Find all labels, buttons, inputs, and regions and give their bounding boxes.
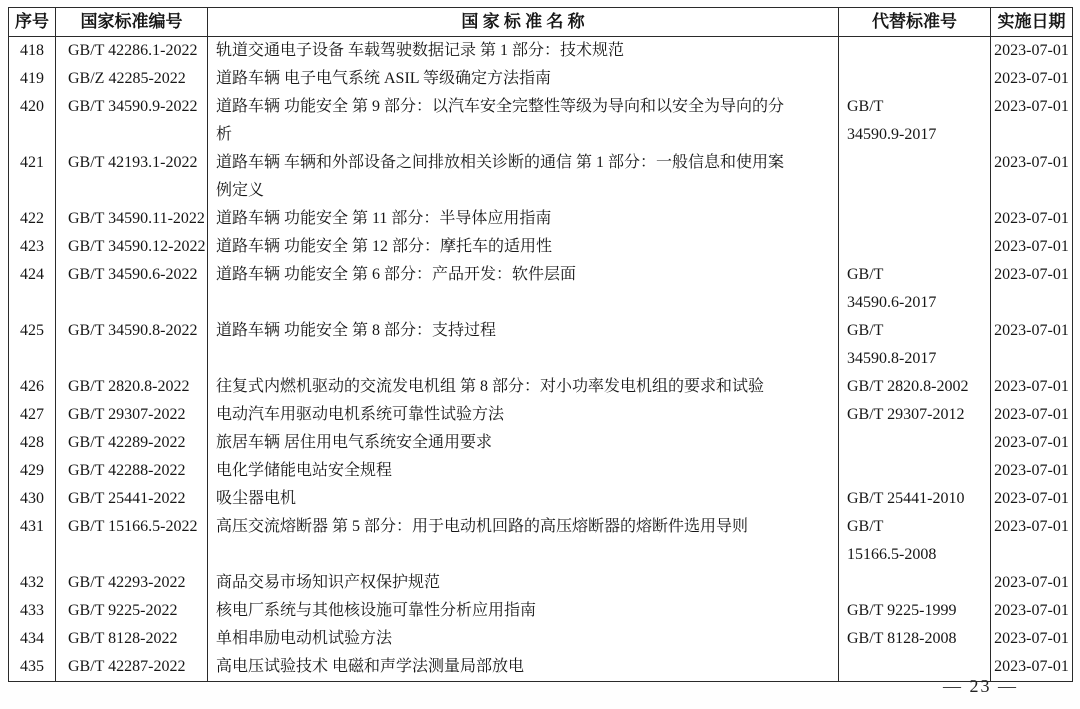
cell-replaced-standard: GB/T 9225-1999	[839, 597, 991, 625]
cell-standard-code: GB/T 34590.6-2022	[56, 261, 208, 317]
cell-implementation-date: 2023-07-01	[991, 37, 1073, 66]
cell-standard-code: GB/T 2820.8-2022	[56, 373, 208, 401]
cell-implementation-date: 2023-07-01	[991, 65, 1073, 93]
cell-serial-number: 418	[9, 37, 56, 66]
cell-standard-code: GB/T 42293-2022	[56, 569, 208, 597]
table-row: 423 GB/T 34590.12-2022 道路车辆 功能安全 第 12 部分…	[9, 233, 1073, 261]
cell-standard-code: GB/T 29307-2022	[56, 401, 208, 429]
cell-replaced-standard	[839, 429, 991, 457]
cell-implementation-date: 2023-07-01	[991, 401, 1073, 429]
cell-standard-name: 旅居车辆 居住用电气系统安全通用要求	[208, 429, 839, 457]
cell-replaced-standard: GB/T 29307-2012	[839, 401, 991, 429]
cell-standard-name: 道路车辆 功能安全 第 6 部分：产品开发：软件层面	[208, 261, 839, 317]
table-row: 418 GB/T 42286.1-2022 轨道交通电子设备 车载驾驶数据记录 …	[9, 37, 1073, 66]
cell-replaced-standard: GB/T 34590.6-2017	[839, 261, 991, 317]
cell-standard-name: 商品交易市场知识产权保护规范	[208, 569, 839, 597]
cell-standard-code: GB/T 34590.8-2022	[56, 317, 208, 373]
cell-serial-number: 427	[9, 401, 56, 429]
table-row: 424 GB/T 34590.6-2022 道路车辆 功能安全 第 6 部分：产…	[9, 261, 1073, 317]
cell-replaced-standard: GB/T 15166.5-2008	[839, 513, 991, 569]
cell-implementation-date: 2023-07-01	[991, 317, 1073, 373]
page-number: — 23 —	[943, 676, 1018, 697]
cell-standard-code: GB/T 34590.9-2022	[56, 93, 208, 149]
table-row: 431 GB/T 15166.5-2022 高压交流熔断器 第 5 部分：用于电…	[9, 513, 1073, 569]
cell-serial-number: 435	[9, 653, 56, 682]
cell-standard-code: GB/T 25441-2022	[56, 485, 208, 513]
cell-implementation-date: 2023-07-01	[991, 261, 1073, 317]
document-page: 序号 国家标准编号 国 家 标 准 名 称 代替标准号 实施日期 418 GB/…	[0, 0, 1080, 709]
cell-standard-code: GB/T 9225-2022	[56, 597, 208, 625]
cell-replaced-standard	[839, 205, 991, 233]
cell-replaced-standard: GB/T 8128-2008	[839, 625, 991, 653]
cell-serial-number: 432	[9, 569, 56, 597]
cell-implementation-date: 2023-07-01	[991, 597, 1073, 625]
cell-replaced-standard	[839, 37, 991, 66]
column-header-code: 国家标准编号	[56, 8, 208, 37]
cell-replaced-standard: GB/T 2820.8-2002	[839, 373, 991, 401]
cell-implementation-date: 2023-07-01	[991, 485, 1073, 513]
cell-implementation-date: 2023-07-01	[991, 625, 1073, 653]
table-row: 433 GB/T 9225-2022 核电厂系统与其他核设施可靠性分析应用指南 …	[9, 597, 1073, 625]
cell-standard-name: 电动汽车用驱动电机系统可靠性试验方法	[208, 401, 839, 429]
table-row: 419 GB/Z 42285-2022 道路车辆 电子电气系统 ASIL 等级确…	[9, 65, 1073, 93]
cell-serial-number: 423	[9, 233, 56, 261]
header-row: 序号 国家标准编号 国 家 标 准 名 称 代替标准号 实施日期	[9, 8, 1073, 37]
cell-standard-code: GB/Z 42285-2022	[56, 65, 208, 93]
cell-replaced-standard: GB/T 34590.8-2017	[839, 317, 991, 373]
cell-replaced-standard: GB/T 25441-2010	[839, 485, 991, 513]
table-row: 428 GB/T 42289-2022 旅居车辆 居住用电气系统安全通用要求 2…	[9, 429, 1073, 457]
cell-standard-name: 核电厂系统与其他核设施可靠性分析应用指南	[208, 597, 839, 625]
cell-serial-number: 421	[9, 149, 56, 205]
table-row: 435 GB/T 42287-2022 高电压试验技术 电磁和声学法测量局部放电…	[9, 653, 1073, 682]
cell-implementation-date: 2023-07-01	[991, 513, 1073, 569]
cell-serial-number: 419	[9, 65, 56, 93]
table-row: 430 GB/T 25441-2022 吸尘器电机 GB/T 25441-201…	[9, 485, 1073, 513]
table-header: 序号 国家标准编号 国 家 标 准 名 称 代替标准号 实施日期	[9, 8, 1073, 37]
column-header-name: 国 家 标 准 名 称	[208, 8, 839, 37]
cell-standard-code: GB/T 8128-2022	[56, 625, 208, 653]
cell-serial-number: 434	[9, 625, 56, 653]
cell-replaced-standard: GB/T 34590.9-2017	[839, 93, 991, 149]
column-header-serial: 序号	[9, 8, 56, 37]
cell-serial-number: 420	[9, 93, 56, 149]
cell-standard-name: 单相串励电动机试验方法	[208, 625, 839, 653]
table-row: 434 GB/T 8128-2022 单相串励电动机试验方法 GB/T 8128…	[9, 625, 1073, 653]
cell-serial-number: 425	[9, 317, 56, 373]
cell-implementation-date: 2023-07-01	[991, 93, 1073, 149]
cell-serial-number: 429	[9, 457, 56, 485]
cell-replaced-standard	[839, 233, 991, 261]
cell-implementation-date: 2023-07-01	[991, 233, 1073, 261]
cell-serial-number: 430	[9, 485, 56, 513]
cell-standard-code: GB/T 42289-2022	[56, 429, 208, 457]
cell-standard-code: GB/T 34590.11-2022	[56, 205, 208, 233]
table-row: 422 GB/T 34590.11-2022 道路车辆 功能安全 第 11 部分…	[9, 205, 1073, 233]
cell-serial-number: 422	[9, 205, 56, 233]
standards-table: 序号 国家标准编号 国 家 标 准 名 称 代替标准号 实施日期 418 GB/…	[8, 7, 1073, 682]
table-row: 421 GB/T 42193.1-2022 道路车辆 车辆和外部设备之间排放相关…	[9, 149, 1073, 205]
cell-implementation-date: 2023-07-01	[991, 373, 1073, 401]
cell-standard-name: 吸尘器电机	[208, 485, 839, 513]
table-body: 418 GB/T 42286.1-2022 轨道交通电子设备 车载驾驶数据记录 …	[9, 37, 1073, 682]
cell-standard-name: 道路车辆 功能安全 第 11 部分：半导体应用指南	[208, 205, 839, 233]
cell-serial-number: 424	[9, 261, 56, 317]
column-header-replaced: 代替标准号	[839, 8, 991, 37]
cell-standard-name: 道路车辆 功能安全 第 9 部分：以汽车安全完整性等级为导向和以安全为导向的分 …	[208, 93, 839, 149]
cell-serial-number: 433	[9, 597, 56, 625]
cell-standard-code: GB/T 15166.5-2022	[56, 513, 208, 569]
cell-standard-code: GB/T 42287-2022	[56, 653, 208, 682]
table-row: 426 GB/T 2820.8-2022 往复式内燃机驱动的交流发电机组 第 8…	[9, 373, 1073, 401]
cell-standard-name: 道路车辆 车辆和外部设备之间排放相关诊断的通信 第 1 部分：一般信息和使用案 …	[208, 149, 839, 205]
cell-standard-name: 高电压试验技术 电磁和声学法测量局部放电	[208, 653, 839, 682]
cell-implementation-date: 2023-07-01	[991, 205, 1073, 233]
cell-serial-number: 428	[9, 429, 56, 457]
column-header-date: 实施日期	[991, 8, 1073, 37]
cell-implementation-date: 2023-07-01	[991, 457, 1073, 485]
cell-standard-name: 道路车辆 功能安全 第 8 部分：支持过程	[208, 317, 839, 373]
cell-standard-code: GB/T 42286.1-2022	[56, 37, 208, 66]
cell-replaced-standard	[839, 457, 991, 485]
cell-implementation-date: 2023-07-01	[991, 569, 1073, 597]
table-row: 425 GB/T 34590.8-2022 道路车辆 功能安全 第 8 部分：支…	[9, 317, 1073, 373]
cell-standard-name: 轨道交通电子设备 车载驾驶数据记录 第 1 部分：技术规范	[208, 37, 839, 66]
cell-replaced-standard	[839, 569, 991, 597]
cell-standard-name: 高压交流熔断器 第 5 部分：用于电动机回路的高压熔断器的熔断件选用导则	[208, 513, 839, 569]
cell-standard-name: 电化学储能电站安全规程	[208, 457, 839, 485]
cell-serial-number: 431	[9, 513, 56, 569]
cell-standard-name: 道路车辆 电子电气系统 ASIL 等级确定方法指南	[208, 65, 839, 93]
cell-replaced-standard	[839, 65, 991, 93]
cell-standard-code: GB/T 34590.12-2022	[56, 233, 208, 261]
cell-standard-name: 道路车辆 功能安全 第 12 部分：摩托车的适用性	[208, 233, 839, 261]
cell-serial-number: 426	[9, 373, 56, 401]
table-row: 420 GB/T 34590.9-2022 道路车辆 功能安全 第 9 部分：以…	[9, 93, 1073, 149]
cell-standard-code: GB/T 42288-2022	[56, 457, 208, 485]
table-row: 427 GB/T 29307-2022 电动汽车用驱动电机系统可靠性试验方法 G…	[9, 401, 1073, 429]
cell-standard-name: 往复式内燃机驱动的交流发电机组 第 8 部分：对小功率发电机组的要求和试验	[208, 373, 839, 401]
cell-implementation-date: 2023-07-01	[991, 429, 1073, 457]
table-row: 429 GB/T 42288-2022 电化学储能电站安全规程 2023-07-…	[9, 457, 1073, 485]
cell-implementation-date: 2023-07-01	[991, 149, 1073, 205]
table-row: 432 GB/T 42293-2022 商品交易市场知识产权保护规范 2023-…	[9, 569, 1073, 597]
cell-standard-code: GB/T 42193.1-2022	[56, 149, 208, 205]
cell-replaced-standard	[839, 149, 991, 205]
